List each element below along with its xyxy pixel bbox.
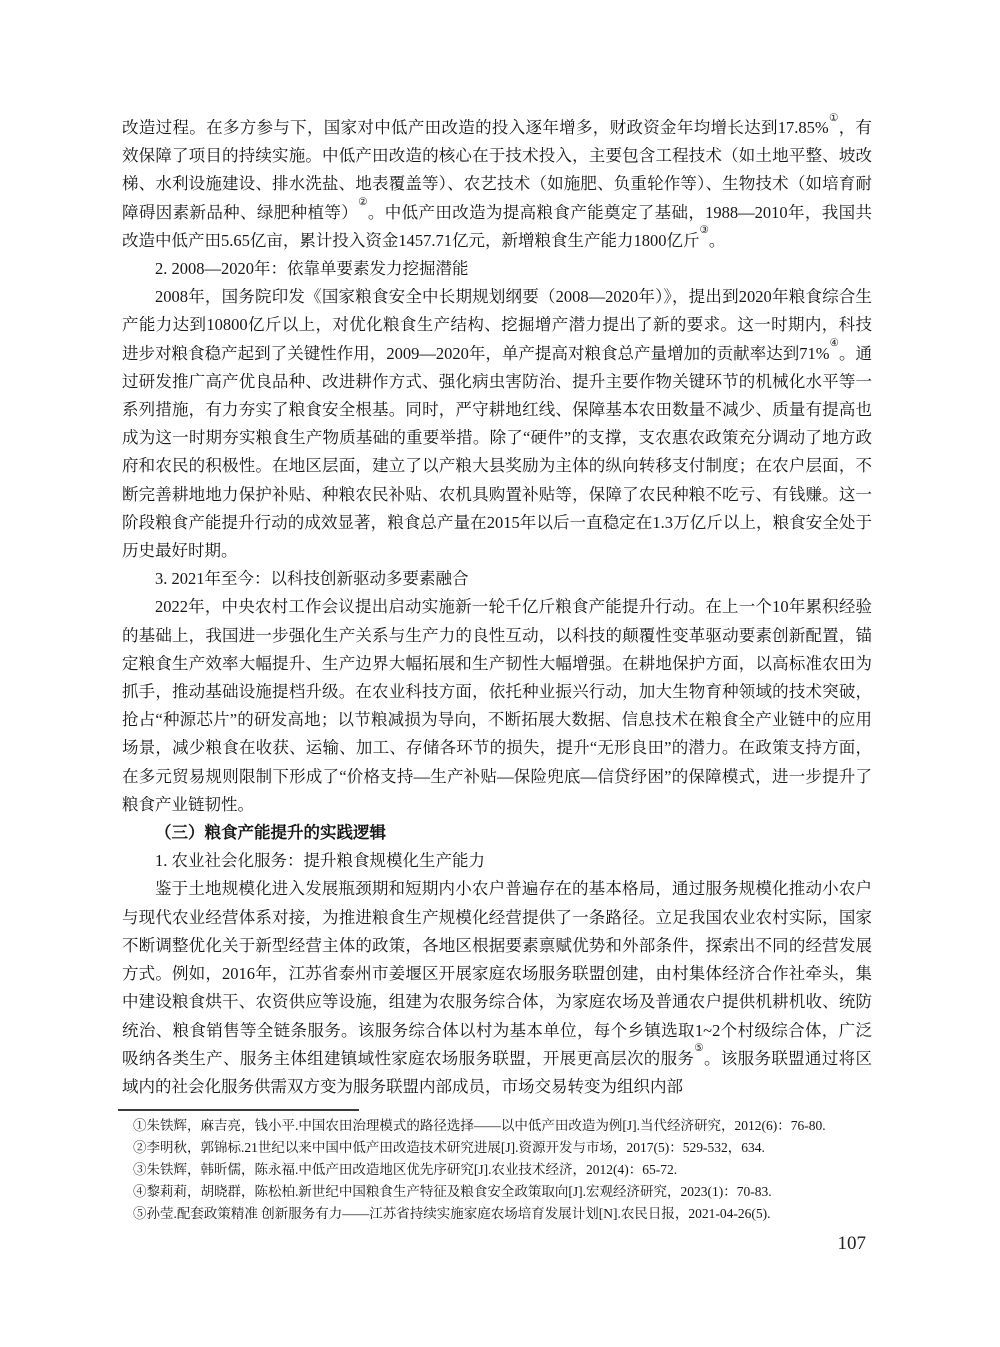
text-run: 2022年，中央农村工作会议提出启动实施新一轮千亿斤粮食产能提升行动。在上一个1… bbox=[122, 597, 872, 813]
footnote-list: ①朱铁辉，麻吉亮，钱小平.中国农田治理模式的路径选择——以中低产田改造为例[J]… bbox=[122, 1115, 872, 1225]
footnote-item: ③朱铁辉，韩昕儒，陈永福.中低产田改造地区优先序研究[J].农业技术经济，201… bbox=[122, 1159, 872, 1181]
body-paragraph: 改造过程。在多方参与下，国家对中低产田改造的投入逐年增多，财政资金年均增长达到1… bbox=[122, 114, 872, 255]
footnote-item: ⑤孙莹.配套政策精准 创新服务有力——江苏省持续实施家庭农场培育发展计划[N].… bbox=[122, 1203, 872, 1225]
footnote-item: ④黎莉莉，胡晓群，陈松柏.新世纪中国粮食生产特征及粮食安全政策取向[J].宏观经… bbox=[122, 1181, 872, 1203]
footnote-item: ②李明秋，郭锦标.21世纪以来中国中低产田改造技术研究进展[J].资源开发与市场… bbox=[122, 1137, 872, 1159]
footnote-marker: ③ bbox=[700, 225, 709, 236]
footnote-marker: ② bbox=[358, 197, 368, 208]
text-run: 。通过研发推广高产优良品种、改进耕作方式、强化病虫害防治、提升主要作物关键环节的… bbox=[122, 344, 872, 560]
page-number: 107 bbox=[122, 1233, 866, 1255]
numbered-subheading: 1. 农业社会化服务：提升粮食规模化生产能力 bbox=[122, 847, 872, 875]
body-paragraph: 2022年，中央农村工作会议提出启动实施新一轮千亿斤粮食产能提升行动。在上一个1… bbox=[122, 593, 872, 819]
document-page: 改造过程。在多方参与下，国家对中低产田改造的投入逐年增多，财政资金年均增长达到1… bbox=[0, 0, 1000, 1347]
page-body: 改造过程。在多方参与下，国家对中低产田改造的投入逐年增多，财政资金年均增长达到1… bbox=[122, 114, 872, 1225]
footnote-separator bbox=[118, 1109, 359, 1111]
footnote-item: ①朱铁辉，麻吉亮，钱小平.中国农田治理模式的路径选择——以中低产田改造为例[J]… bbox=[122, 1115, 872, 1137]
text-run: （三）粮食产能提升的实践逻辑 bbox=[155, 824, 386, 842]
text-run: 3. 2021年至今：以科技创新驱动多要素融合 bbox=[155, 569, 469, 588]
text-run: 2. 2008—2020年：依靠单要素发力挖掘潜能 bbox=[155, 259, 469, 278]
footnote-marker: ⑤ bbox=[694, 1043, 704, 1054]
body-paragraph: 2008年，国务院印发《国家粮食安全中长期规划纲要（2008—2020年）》，提… bbox=[122, 283, 872, 565]
footnote-marker: ④ bbox=[830, 338, 839, 349]
numbered-subheading: 3. 2021年至今：以科技创新驱动多要素融合 bbox=[122, 565, 872, 593]
text-run: 1. 农业社会化服务：提升粮食规模化生产能力 bbox=[155, 851, 485, 870]
text-run: 改造过程。在多方参与下，国家对中低产田改造的投入逐年增多，财政资金年均增长达到1… bbox=[122, 118, 829, 137]
body-paragraph: 鉴于土地规模化进入发展瓶颈期和短期内小农户普遍存在的基本格局，通过服务规模化推动… bbox=[122, 875, 872, 1101]
section-heading: （三）粮食产能提升的实践逻辑 bbox=[122, 819, 872, 847]
footnote-marker: ① bbox=[829, 113, 839, 124]
text-run: 。 bbox=[709, 231, 726, 250]
text-run: 2008年，国务院印发《国家粮食安全中长期规划纲要（2008—2020年）》，提… bbox=[122, 287, 872, 362]
numbered-subheading: 2. 2008—2020年：依靠单要素发力挖掘潜能 bbox=[122, 255, 872, 283]
text-run: 鉴于土地规模化进入发展瓶颈期和短期内小农户普遍存在的基本格局，通过服务规模化推动… bbox=[122, 879, 872, 1067]
